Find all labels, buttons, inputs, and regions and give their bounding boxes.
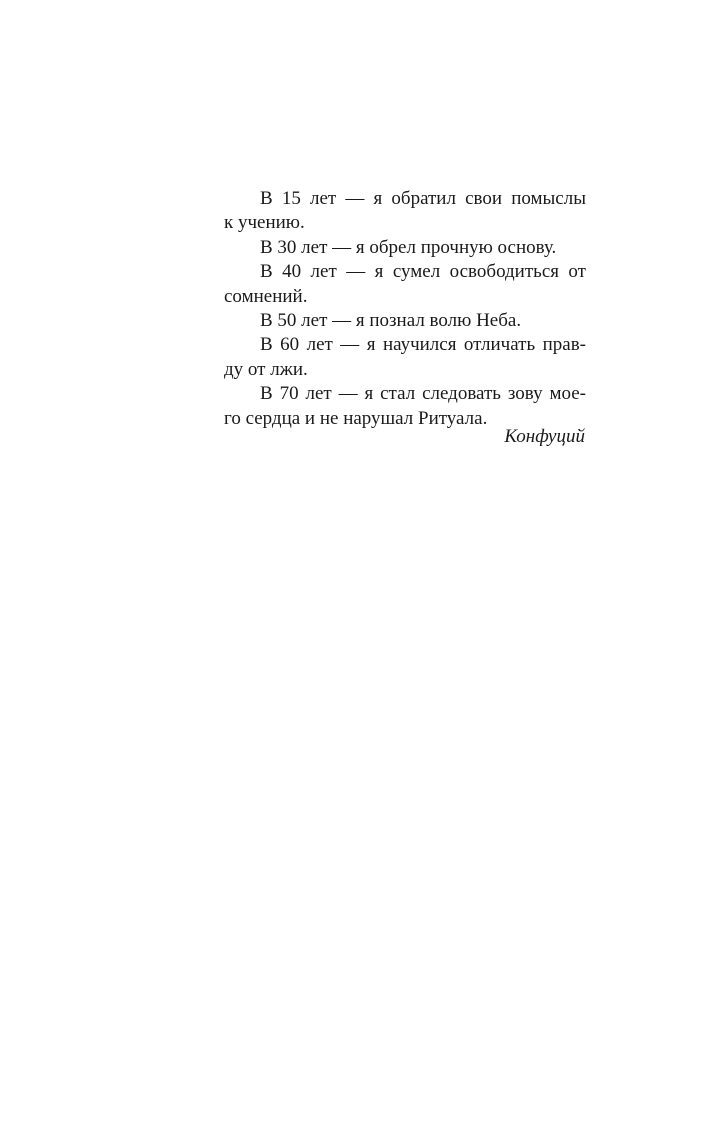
epigraph-line: В 40 лет — я сумел освободиться от [224,260,586,284]
epigraph-line: В 60 лет — я научился отличать прав- [224,333,586,357]
epigraph-text: В 15 лет — я обратил свои помыслы к учен… [224,187,586,431]
epigraph-line: к учению. [224,211,586,235]
epigraph-line: В 15 лет — я обратил свои помыслы [224,187,586,211]
epigraph-line: В 50 лет — я познал волю Неба. [224,309,586,333]
epigraph-line: сомнений. [224,285,586,309]
epigraph-author: Конфуций [224,425,585,449]
epigraph-line: ду от лжи. [224,358,586,382]
epigraph-line: В 30 лет — я обрел прочную основу. [224,236,586,260]
epigraph-line: В 70 лет — я стал следовать зову мое- [224,382,586,406]
